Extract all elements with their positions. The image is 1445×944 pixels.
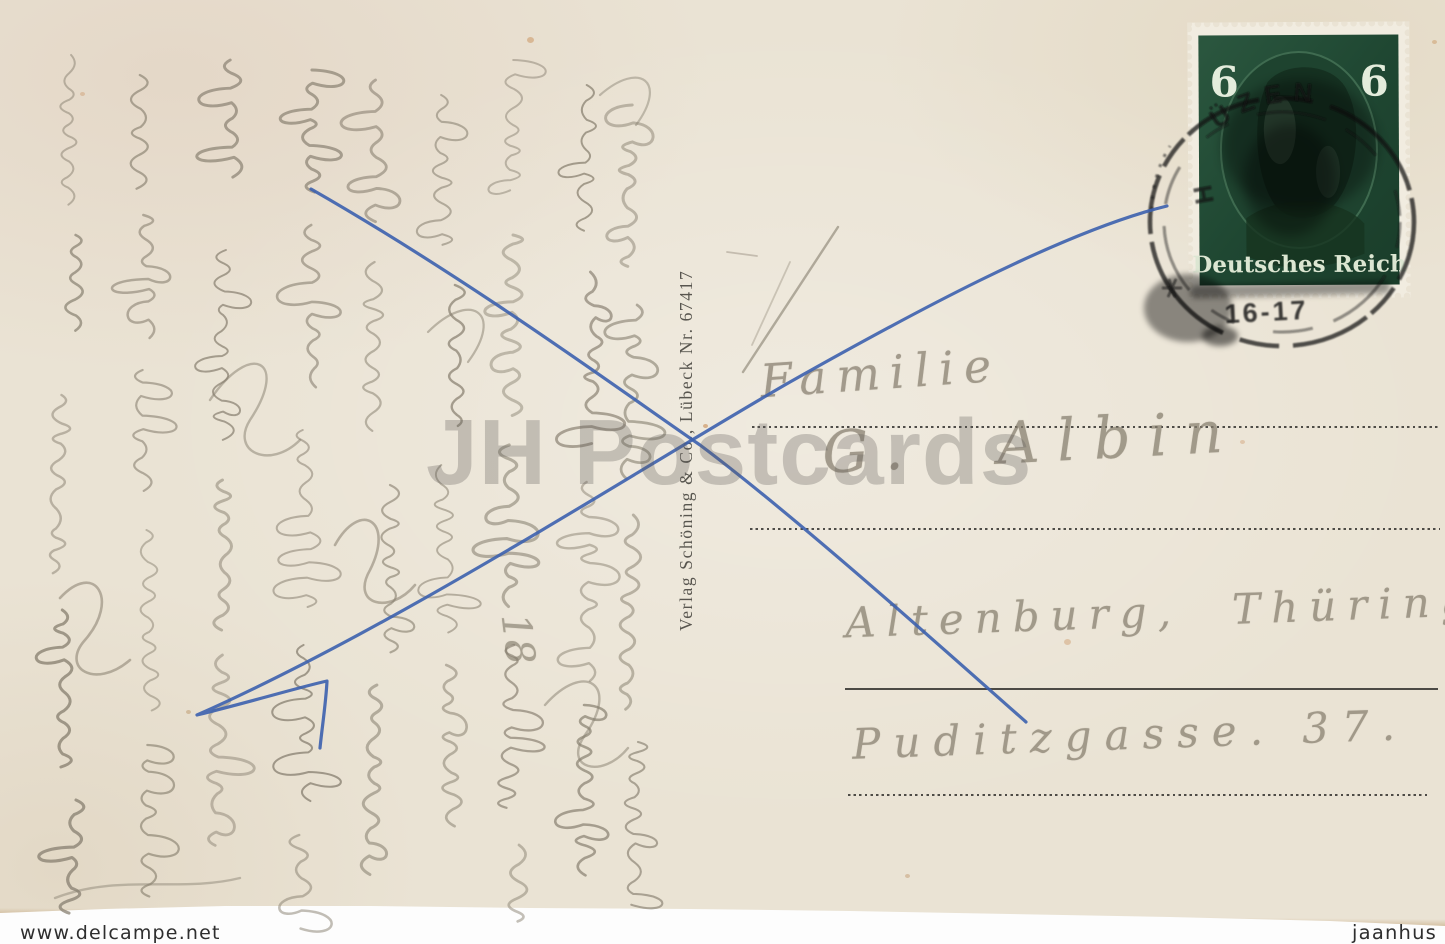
postmark-time-slot: 16-17 — [1224, 295, 1310, 329]
stamp-country-label: Deutsches Reich — [1192, 250, 1407, 278]
handwritten-addressee-family: Familie — [758, 338, 1002, 409]
stamp-denomination-left: 6 — [1209, 57, 1238, 106]
address-ruled-line-4 — [848, 794, 1430, 796]
bottom-left-caption: www.delcampe.net — [20, 922, 221, 944]
bottom-right-caption: jaanhus — [1352, 921, 1437, 944]
address-ruled-line-3 — [845, 688, 1438, 690]
scanned-postcard-image: Verlag Schöning & Co., Lübeck Nr. 67417 … — [0, 0, 1445, 944]
postmark-dash-arc — [1152, 146, 1170, 210]
postage-stamp: 6 6 Deutsches Reich — [1187, 21, 1410, 298]
handwritten-town-line: Altenburg, Thüringen — [844, 574, 1445, 648]
watermark-text: JH Postcards — [426, 399, 1032, 506]
cancel-star-mark — [1162, 279, 1182, 297]
handwritten-message-fragment: 18 — [492, 611, 544, 667]
stamp-denomination-right: 6 — [1359, 57, 1388, 106]
cancel-dab — [1202, 326, 1238, 346]
address-ruled-line-2 — [750, 528, 1440, 530]
handwritten-street-line: Puditzgasse. 37. — [851, 700, 1408, 768]
